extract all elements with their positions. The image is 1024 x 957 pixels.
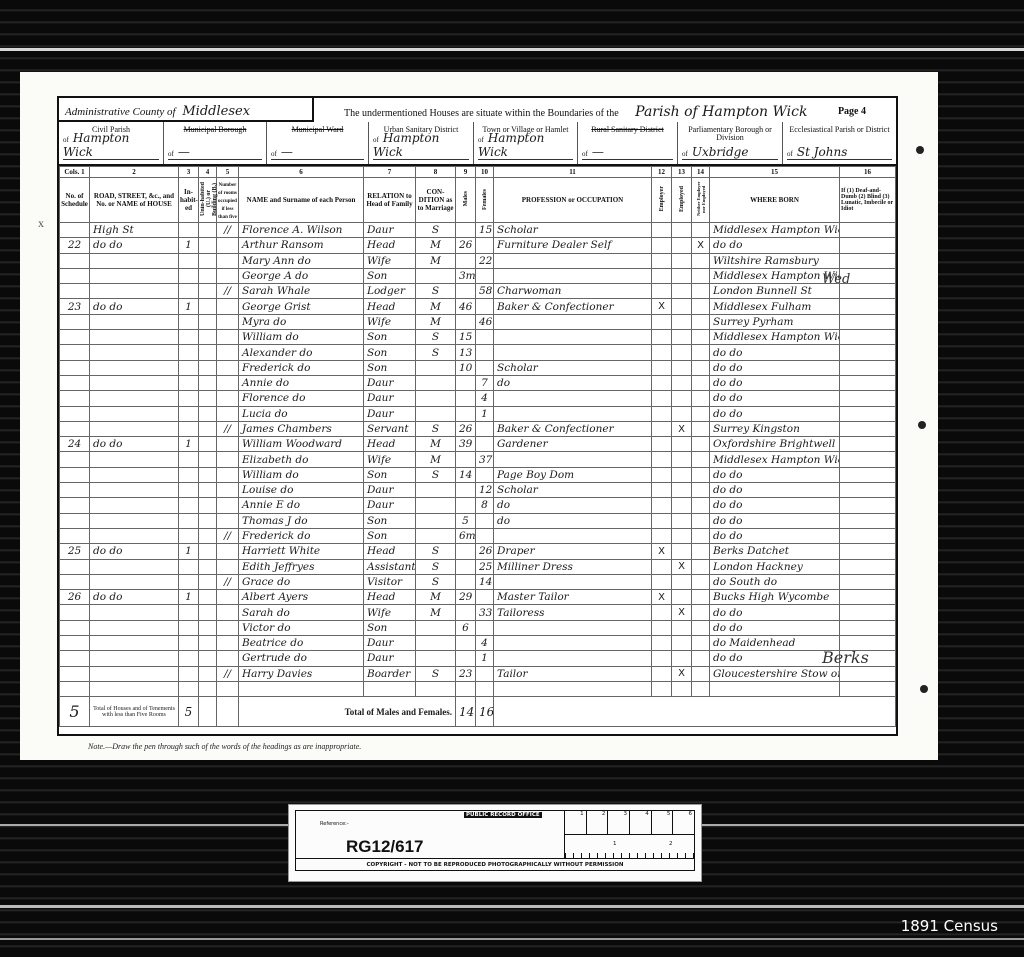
copyright-notice: COPYRIGHT - NOT TO BE REPRODUCED PHOTOGR… bbox=[296, 858, 694, 870]
cell-employed: X bbox=[672, 421, 692, 436]
cell-rooms: // bbox=[217, 421, 239, 436]
image-caption: 1891 Census bbox=[901, 917, 998, 935]
total-males: 14 bbox=[456, 697, 476, 727]
cell-condition: S bbox=[416, 330, 456, 345]
cell-schedule bbox=[60, 345, 90, 360]
cell-rooms bbox=[217, 314, 239, 329]
cell-inhabited bbox=[179, 284, 199, 299]
cell-address bbox=[90, 345, 179, 360]
cell-infirmity bbox=[840, 467, 896, 482]
cell-address bbox=[90, 253, 179, 268]
cell-female-age bbox=[476, 299, 494, 314]
scale-mark: 1 bbox=[613, 841, 617, 847]
cell-rooms bbox=[217, 253, 239, 268]
cell-inhabited bbox=[179, 513, 199, 528]
cell-address bbox=[90, 268, 179, 283]
cell-inhabited bbox=[179, 467, 199, 482]
header-male-age: Males bbox=[456, 178, 476, 223]
cell-schedule: 23 bbox=[60, 299, 90, 314]
cell-schedule bbox=[60, 666, 90, 681]
cell-rooms bbox=[217, 391, 239, 406]
cell-neither bbox=[692, 360, 710, 375]
cell-female-age bbox=[476, 238, 494, 253]
header-neither: Neither Employer nor Employed bbox=[692, 178, 710, 223]
cell-where-born: do Maidenhead bbox=[710, 636, 840, 651]
cell-uninhabited bbox=[199, 452, 217, 467]
cell-infirmity bbox=[840, 238, 896, 253]
cell-neither bbox=[692, 513, 710, 528]
header-rooms: Number of rooms occupied if less than fi… bbox=[217, 178, 239, 223]
cell-employer bbox=[652, 513, 672, 528]
col-num: 9 bbox=[456, 167, 476, 178]
cell-inhabited bbox=[179, 268, 199, 283]
area-prefix: of bbox=[682, 150, 688, 158]
cell-name: Frederick do bbox=[239, 360, 364, 375]
area-value: Uxbridge bbox=[692, 145, 749, 159]
cell-condition bbox=[416, 268, 456, 283]
cell-schedule bbox=[60, 498, 90, 513]
cell-neither bbox=[692, 406, 710, 421]
cell-address bbox=[90, 284, 179, 299]
cell-female-age: 1 bbox=[476, 406, 494, 421]
cell-employed bbox=[672, 636, 692, 651]
cell-schedule bbox=[60, 513, 90, 528]
cell-female-age: 7 bbox=[476, 375, 494, 390]
cell-neither bbox=[692, 559, 710, 574]
cell-occupation: Furniture Dealer Self bbox=[494, 238, 652, 253]
cell-male-age: 13 bbox=[456, 345, 476, 360]
cell-schedule bbox=[60, 528, 90, 543]
table-row: Florence doDaur4do do bbox=[60, 391, 896, 406]
cell-address bbox=[90, 452, 179, 467]
cell-rooms bbox=[217, 681, 239, 696]
cell-male-age bbox=[456, 223, 476, 238]
cell-employer bbox=[652, 498, 672, 513]
cell-infirmity bbox=[840, 681, 896, 696]
cell-where-born: Bucks High Wycombe bbox=[710, 590, 840, 605]
cell-infirmity bbox=[840, 375, 896, 390]
cell-uninhabited bbox=[199, 605, 217, 620]
cell-inhabited bbox=[179, 330, 199, 345]
cell-rooms: // bbox=[217, 574, 239, 589]
total-schedules: 5 bbox=[60, 697, 90, 727]
cell-address bbox=[90, 421, 179, 436]
header-schedule: No. of Schedule bbox=[60, 178, 90, 223]
boundaries-header: The undermentioned Houses are situate wi… bbox=[344, 104, 807, 120]
cell-where-born: do do bbox=[710, 498, 840, 513]
cell-relation: Wife bbox=[364, 253, 416, 268]
col-num: 13 bbox=[672, 167, 692, 178]
cell-name: George Grist bbox=[239, 299, 364, 314]
table-row: 23do do1George GristHeadM46Baker & Confe… bbox=[60, 299, 896, 314]
cell-address bbox=[90, 574, 179, 589]
footnote: Note.—Draw the pen through such of the w… bbox=[88, 742, 361, 751]
cell-name: Annie E do bbox=[239, 498, 364, 513]
cell-employed bbox=[672, 681, 692, 696]
cell-infirmity bbox=[840, 253, 896, 268]
annotation-wed: Wed bbox=[822, 272, 850, 287]
cell-employed bbox=[672, 406, 692, 421]
cell-male-age: 29 bbox=[456, 590, 476, 605]
cell-employed bbox=[672, 345, 692, 360]
film-stripe bbox=[0, 938, 1024, 940]
cell-male-age: 15 bbox=[456, 330, 476, 345]
scale-mark: 2 bbox=[587, 811, 609, 834]
cell-relation: Daur bbox=[364, 483, 416, 498]
cell-employed bbox=[672, 238, 692, 253]
cell-employed bbox=[672, 513, 692, 528]
col-num: 11 bbox=[494, 167, 652, 178]
cell-rooms bbox=[217, 360, 239, 375]
cell-female-age: 4 bbox=[476, 391, 494, 406]
table-row: Elizabeth doWifeM37Middlesex Hampton Wic… bbox=[60, 452, 896, 467]
cell-address bbox=[90, 513, 179, 528]
cell-employed bbox=[672, 284, 692, 299]
cell-uninhabited bbox=[199, 330, 217, 345]
cell-neither bbox=[692, 620, 710, 635]
area-civil-parish: Civil Parish ofHampton Wick bbox=[59, 122, 164, 164]
cell-occupation: Baker & Confectioner bbox=[494, 299, 652, 314]
cell-employed bbox=[672, 375, 692, 390]
cell-occupation: do bbox=[494, 498, 652, 513]
area-municipal-borough: Municipal Borough of— bbox=[164, 122, 267, 164]
cell-uninhabited bbox=[199, 559, 217, 574]
cell-where-born: do South do bbox=[710, 574, 840, 589]
scale-mark: 2 bbox=[669, 841, 673, 847]
cell-occupation bbox=[494, 406, 652, 421]
empty-cell bbox=[199, 697, 217, 727]
header-uninhabited: Unin-habited (U.) or Building (B.) bbox=[199, 178, 217, 223]
table-row: Edith JeffryesAssistantS25Milliner Dress… bbox=[60, 559, 896, 574]
header-where-born: WHERE BORN bbox=[710, 178, 840, 223]
cell-condition: S bbox=[416, 544, 456, 559]
cell-name: Sarah Whale bbox=[239, 284, 364, 299]
table-row: //Grace doVisitorS14do South do bbox=[60, 574, 896, 589]
cell-address bbox=[90, 314, 179, 329]
cell-where-born: Oxfordshire Brightwell bbox=[710, 437, 840, 452]
cell-employer bbox=[652, 681, 672, 696]
cell-occupation bbox=[494, 330, 652, 345]
cell-schedule bbox=[60, 421, 90, 436]
cell-relation: Son bbox=[364, 467, 416, 482]
cell-employer: X bbox=[652, 590, 672, 605]
cell-female-age: 1 bbox=[476, 651, 494, 666]
area-prefix: of bbox=[478, 136, 484, 144]
cell-where-born: Middlesex Hampton Wick bbox=[710, 223, 840, 238]
cell-employed bbox=[672, 498, 692, 513]
cell-inhabited bbox=[179, 223, 199, 238]
cell-name: Albert Ayers bbox=[239, 590, 364, 605]
cell-occupation: Scholar bbox=[494, 483, 652, 498]
cell-where-born: do do bbox=[710, 528, 840, 543]
table-row: Mary Ann doWifeM22Wiltshire Ramsbury bbox=[60, 253, 896, 268]
cell-neither bbox=[692, 590, 710, 605]
cell-male-age bbox=[456, 651, 476, 666]
cell-infirmity bbox=[840, 544, 896, 559]
cell-employer bbox=[652, 437, 672, 452]
cell-rooms bbox=[217, 605, 239, 620]
header-infirmity: If (1) Deaf-and-Dumb (2) Blind (3) Lunat… bbox=[840, 178, 896, 223]
cell-schedule bbox=[60, 330, 90, 345]
cell-uninhabited bbox=[199, 268, 217, 283]
cell-infirmity bbox=[840, 406, 896, 421]
cell-relation: Daur bbox=[364, 651, 416, 666]
record-office-label: PUBLIC RECORD OFFICE bbox=[464, 812, 542, 818]
cell-infirmity bbox=[840, 605, 896, 620]
cell-female-age: 8 bbox=[476, 498, 494, 513]
cell-occupation bbox=[494, 452, 652, 467]
cell-occupation bbox=[494, 528, 652, 543]
cell-male-age bbox=[456, 253, 476, 268]
cell-relation: Assistant bbox=[364, 559, 416, 574]
cell-address bbox=[90, 559, 179, 574]
cell-employer: X bbox=[652, 299, 672, 314]
cell-female-age bbox=[476, 268, 494, 283]
cell-employer bbox=[652, 330, 672, 345]
cell-female-age bbox=[476, 620, 494, 635]
col-num: Cols. 1 bbox=[60, 167, 90, 178]
cell-schedule bbox=[60, 483, 90, 498]
cell-employer bbox=[652, 314, 672, 329]
area-ecclesiastical-district: Ecclesiastical Parish or District ofSt J… bbox=[783, 122, 896, 164]
cell-condition bbox=[416, 483, 456, 498]
cell-address bbox=[90, 666, 179, 681]
cell-relation: Son bbox=[364, 528, 416, 543]
col-num: 2 bbox=[90, 167, 179, 178]
cell-address bbox=[90, 651, 179, 666]
cell-female-age bbox=[476, 330, 494, 345]
cell-rooms bbox=[217, 620, 239, 635]
cell-rooms bbox=[217, 406, 239, 421]
area-prefix: of bbox=[168, 150, 174, 158]
cell-occupation: do bbox=[494, 513, 652, 528]
cell-infirmity bbox=[840, 559, 896, 574]
cell-name: Lucia do bbox=[239, 406, 364, 421]
census-form: Administrative County of Middlesex The u… bbox=[57, 96, 898, 736]
cell-inhabited bbox=[179, 253, 199, 268]
cell-neither bbox=[692, 330, 710, 345]
cell-uninhabited bbox=[199, 253, 217, 268]
cell-where-born: do do bbox=[710, 391, 840, 406]
col-num: 14 bbox=[692, 167, 710, 178]
cell-inhabited bbox=[179, 375, 199, 390]
cell-relation: Visitor bbox=[364, 574, 416, 589]
scale-mark: 3 bbox=[608, 811, 630, 834]
cell-schedule bbox=[60, 620, 90, 635]
cell-name: Florence do bbox=[239, 391, 364, 406]
cell-female-age bbox=[476, 345, 494, 360]
cell-employer bbox=[652, 391, 672, 406]
cell-uninhabited bbox=[199, 375, 217, 390]
cell-male-age: 46 bbox=[456, 299, 476, 314]
cell-neither bbox=[692, 666, 710, 681]
cell-address: do do bbox=[90, 437, 179, 452]
cell-relation: Son bbox=[364, 513, 416, 528]
cell-rooms bbox=[217, 437, 239, 452]
cell-male-age: 26 bbox=[456, 421, 476, 436]
cell-uninhabited bbox=[199, 651, 217, 666]
cell-female-age bbox=[476, 437, 494, 452]
reference-number: RG12/617 bbox=[346, 837, 424, 857]
cell-neither bbox=[692, 314, 710, 329]
cell-inhabited bbox=[179, 651, 199, 666]
cell-occupation: Tailoress bbox=[494, 605, 652, 620]
cell-schedule bbox=[60, 651, 90, 666]
total-houses-label: Total of Houses and of Tenements with le… bbox=[90, 697, 179, 727]
cell-address bbox=[90, 391, 179, 406]
cell-infirmity bbox=[840, 452, 896, 467]
cell-female-age: 46 bbox=[476, 314, 494, 329]
cell-address bbox=[90, 360, 179, 375]
cell-schedule bbox=[60, 681, 90, 696]
cell-name: Thomas J do bbox=[239, 513, 364, 528]
cell-male-age bbox=[456, 375, 476, 390]
cell-occupation: Gardener bbox=[494, 437, 652, 452]
cell-female-age bbox=[476, 528, 494, 543]
total-persons-label: Total of Males and Females. bbox=[239, 697, 456, 727]
cell-employed: X bbox=[672, 666, 692, 681]
area-label: Municipal Borough bbox=[164, 126, 266, 142]
cell-employed bbox=[672, 360, 692, 375]
area-rural-sanitary-district: Rural Sanitary District of— bbox=[578, 122, 678, 164]
slip-frame: PUBLIC RECORD OFFICE Reference:- RG12/61… bbox=[295, 810, 695, 871]
cell-relation: Son bbox=[364, 360, 416, 375]
cell-condition: M bbox=[416, 314, 456, 329]
cell-female-age: 58 bbox=[476, 284, 494, 299]
cell-rooms bbox=[217, 452, 239, 467]
cell-condition: S bbox=[416, 467, 456, 482]
cell-neither bbox=[692, 268, 710, 283]
cell-employer bbox=[652, 268, 672, 283]
cell-relation: Daur bbox=[364, 636, 416, 651]
cell-condition bbox=[416, 391, 456, 406]
cell-name: Beatrice do bbox=[239, 636, 364, 651]
cell-name: Arthur Ransom bbox=[239, 238, 364, 253]
cell-female-age: 33 bbox=[476, 605, 494, 620]
cell-occupation bbox=[494, 574, 652, 589]
cell-male-age: 23 bbox=[456, 666, 476, 681]
cell-uninhabited bbox=[199, 421, 217, 436]
cell-relation: Son bbox=[364, 345, 416, 360]
cell-inhabited bbox=[179, 498, 199, 513]
col-num: 12 bbox=[652, 167, 672, 178]
cell-inhabited bbox=[179, 620, 199, 635]
cell-condition: S bbox=[416, 284, 456, 299]
cell-condition bbox=[416, 513, 456, 528]
cell-male-age: 3m bbox=[456, 268, 476, 283]
cell-rooms bbox=[217, 483, 239, 498]
cell-schedule: 25 bbox=[60, 544, 90, 559]
cell-where-born: do do bbox=[710, 360, 840, 375]
cell-address bbox=[90, 406, 179, 421]
cell-rooms bbox=[217, 330, 239, 345]
cell-occupation bbox=[494, 314, 652, 329]
area-boxes: Civil Parish ofHampton Wick Municipal Bo… bbox=[59, 122, 896, 166]
cell-male-age bbox=[456, 391, 476, 406]
cell-female-age: 22 bbox=[476, 253, 494, 268]
cell-relation: Head bbox=[364, 299, 416, 314]
cell-inhabited bbox=[179, 406, 199, 421]
cell-uninhabited bbox=[199, 299, 217, 314]
col-num: 7 bbox=[364, 167, 416, 178]
cell-neither bbox=[692, 528, 710, 543]
cell-occupation bbox=[494, 253, 652, 268]
cell-where-born: do do bbox=[710, 513, 840, 528]
scale-mark: 1 bbox=[565, 811, 587, 834]
area-value: St Johns bbox=[797, 145, 848, 159]
cell-uninhabited bbox=[199, 406, 217, 421]
table-row: George A doSon3mMiddlesex Hampton Wick bbox=[60, 268, 896, 283]
cell-inhabited: 1 bbox=[179, 590, 199, 605]
table-row: Victor doSon6do do bbox=[60, 620, 896, 635]
cell-name: James Chambers bbox=[239, 421, 364, 436]
cell-condition bbox=[416, 528, 456, 543]
cell-infirmity bbox=[840, 498, 896, 513]
cell-where-born: do do bbox=[710, 406, 840, 421]
cell-relation: Daur bbox=[364, 223, 416, 238]
scale-mark: 5 bbox=[652, 811, 674, 834]
cell-where-born: Surrey Kingston bbox=[710, 421, 840, 436]
cell-employed bbox=[672, 452, 692, 467]
county-header: Administrative County of Middlesex bbox=[59, 98, 314, 122]
cell-where-born: Gloucestershire Stow on Hill bbox=[710, 666, 840, 681]
cell-employed bbox=[672, 544, 692, 559]
cell-schedule bbox=[60, 375, 90, 390]
cell-condition bbox=[416, 498, 456, 513]
cell-occupation bbox=[494, 391, 652, 406]
binding-hole bbox=[918, 421, 926, 429]
cell-where-born: do do bbox=[710, 345, 840, 360]
cell-female-age: 14 bbox=[476, 574, 494, 589]
cell-where-born: Wiltshire Ramsbury bbox=[710, 253, 840, 268]
cell-female-age: 15 bbox=[476, 223, 494, 238]
cell-relation: Head bbox=[364, 437, 416, 452]
cell-employed bbox=[672, 391, 692, 406]
boundaries-label: The undermentioned Houses are situate wi… bbox=[344, 108, 619, 119]
cell-schedule bbox=[60, 574, 90, 589]
cell-employer bbox=[652, 406, 672, 421]
area-prefix: of bbox=[582, 150, 588, 158]
cell-neither bbox=[692, 483, 710, 498]
cell-name: Florence A. Wilson bbox=[239, 223, 364, 238]
total-females: 16 bbox=[476, 697, 494, 727]
cell-schedule: 26 bbox=[60, 590, 90, 605]
cell-uninhabited bbox=[199, 666, 217, 681]
cell-neither bbox=[692, 605, 710, 620]
col-num: 3 bbox=[179, 167, 199, 178]
cell-relation: Wife bbox=[364, 605, 416, 620]
cell-inhabited bbox=[179, 421, 199, 436]
cell-schedule bbox=[60, 253, 90, 268]
cell-name: Gertrude do bbox=[239, 651, 364, 666]
cell-employed bbox=[672, 223, 692, 238]
cell-male-age bbox=[456, 559, 476, 574]
cell-schedule bbox=[60, 467, 90, 482]
cell-employer: X bbox=[652, 544, 672, 559]
cell-employer bbox=[652, 636, 672, 651]
boundaries-value: Parish of Hampton Wick bbox=[635, 104, 807, 120]
cell-infirmity bbox=[840, 330, 896, 345]
county-value: Middlesex bbox=[182, 104, 250, 119]
cell-employed bbox=[672, 467, 692, 482]
table-row: William doSonS14Page Boy Domdo do bbox=[60, 467, 896, 482]
cell-rooms bbox=[217, 636, 239, 651]
cell-name: Sarah do bbox=[239, 605, 364, 620]
cell-employer bbox=[652, 651, 672, 666]
cell-occupation: Tailor bbox=[494, 666, 652, 681]
cell-female-age: 26 bbox=[476, 544, 494, 559]
cell-infirmity bbox=[840, 421, 896, 436]
